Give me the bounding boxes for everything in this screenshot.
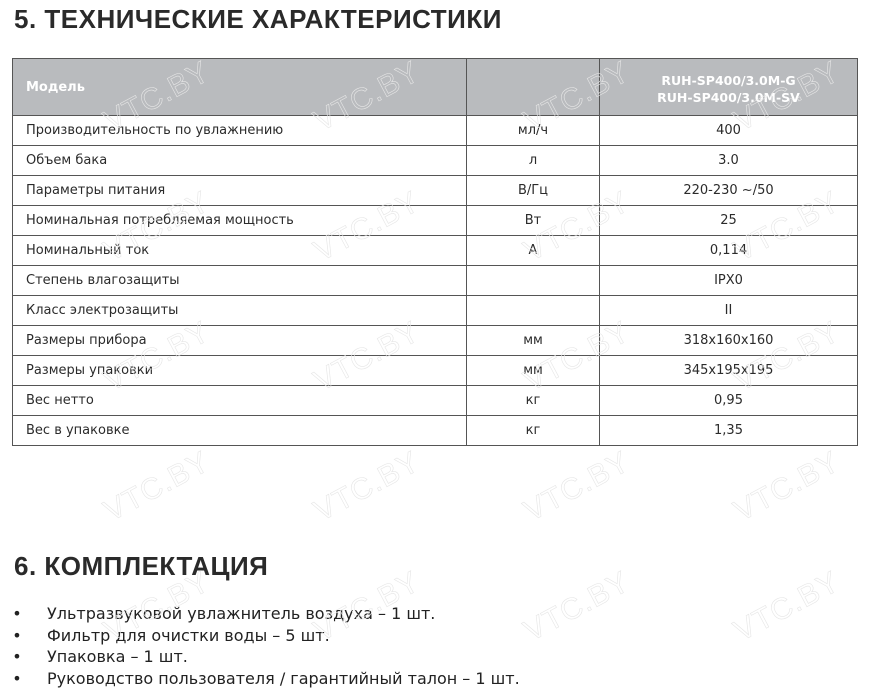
row-value: 318x160x160: [600, 326, 858, 356]
row-param: Производительность по увлажнению: [13, 116, 467, 146]
row-unit: А: [467, 236, 600, 266]
row-param: Степень влагозащиты: [13, 266, 467, 296]
row-param: Размеры упаковки: [13, 356, 467, 386]
row-value: 220-230 ~/50: [600, 176, 858, 206]
model-name-g: RUH-SP400/3.0M-G: [600, 72, 857, 89]
list-item: •Упаковка – 1 шт.: [12, 646, 520, 668]
table-row: Параметры питанияВ/Гц220-230 ~/50: [13, 176, 858, 206]
watermark: VTC.BY: [729, 565, 846, 649]
header-model-label: Модель: [13, 59, 467, 116]
spec-table-body: Производительность по увлажнениюмл/ч400О…: [13, 116, 858, 446]
model-name-sv: RUH-SP400/3.0M-SV: [600, 89, 857, 106]
list-item-text: Ультразвуковой увлажнитель воздуха – 1 ш…: [47, 604, 435, 623]
row-param: Вес в упаковке: [13, 416, 467, 446]
row-unit: В/Гц: [467, 176, 600, 206]
row-value: II: [600, 296, 858, 326]
row-value: 400: [600, 116, 858, 146]
row-unit: мм: [467, 326, 600, 356]
row-param: Номинальная потребляемая мощность: [13, 206, 467, 236]
row-value: 0,95: [600, 386, 858, 416]
list-item: •Ультразвуковой увлажнитель воздуха – 1 …: [12, 603, 520, 625]
table-row: Производительность по увлажнениюмл/ч400: [13, 116, 858, 146]
row-value: 345x195x195: [600, 356, 858, 386]
row-unit: Вт: [467, 206, 600, 236]
row-param: Вес нетто: [13, 386, 467, 416]
list-item-text: Фильтр для очистки воды – 5 шт.: [47, 626, 330, 645]
row-param: Номинальный ток: [13, 236, 467, 266]
row-param: Объем бака: [13, 146, 467, 176]
row-param: Размеры прибора: [13, 326, 467, 356]
specs-section-title: 5. ТЕХНИЧЕСКИЕ ХАРАКТЕРИСТИКИ: [14, 4, 502, 35]
row-unit: [467, 296, 600, 326]
watermark: VTC.BY: [519, 565, 636, 649]
watermark: VTC.BY: [519, 445, 636, 529]
watermark: VTC.BY: [99, 445, 216, 529]
spec-table-header: Модель RUH-SP400/3.0M-G RUH-SP400/3.0M-S…: [13, 59, 858, 116]
row-unit: л: [467, 146, 600, 176]
list-item: •Руководство пользователя / гарантийный …: [12, 668, 520, 690]
bullet-icon: •: [12, 668, 22, 690]
table-row: Вес в упаковкекг1,35: [13, 416, 858, 446]
row-unit: кг: [467, 416, 600, 446]
bullet-icon: •: [12, 646, 22, 668]
list-item: •Фильтр для очистки воды – 5 шт.: [12, 625, 520, 647]
watermark: VTC.BY: [729, 445, 846, 529]
header-unit: [467, 59, 600, 116]
list-item-text: Упаковка – 1 шт.: [47, 647, 188, 666]
table-row: Степень влагозащитыIPX0: [13, 266, 858, 296]
kit-list: •Ультразвуковой увлажнитель воздуха – 1 …: [12, 603, 520, 689]
spec-table: Модель RUH-SP400/3.0M-G RUH-SP400/3.0M-S…: [12, 58, 858, 446]
kit-section-title: 6. КОМПЛЕКТАЦИЯ: [14, 551, 268, 582]
table-row: Вес неттокг0,95: [13, 386, 858, 416]
watermark: VTC.BY: [309, 445, 426, 529]
row-value: 1,35: [600, 416, 858, 446]
table-row: Объем бакал3.0: [13, 146, 858, 176]
row-param: Параметры питания: [13, 176, 467, 206]
bullet-icon: •: [12, 603, 22, 625]
header-model-names: RUH-SP400/3.0M-G RUH-SP400/3.0M-SV: [600, 59, 858, 116]
row-value: 0,114: [600, 236, 858, 266]
table-row: Номинальная потребляемая мощностьВт25: [13, 206, 858, 236]
table-row: Класс электрозащитыII: [13, 296, 858, 326]
row-unit: [467, 266, 600, 296]
row-param: Класс электрозащиты: [13, 296, 467, 326]
table-row: Номинальный токА0,114: [13, 236, 858, 266]
row-value: IPX0: [600, 266, 858, 296]
row-unit: мм: [467, 356, 600, 386]
table-row: Размеры приборамм318x160x160: [13, 326, 858, 356]
table-row: Размеры упаковкимм345x195x195: [13, 356, 858, 386]
row-value: 3.0: [600, 146, 858, 176]
bullet-icon: •: [12, 625, 22, 647]
row-value: 25: [600, 206, 858, 236]
list-item-text: Руководство пользователя / гарантийный т…: [47, 669, 520, 688]
row-unit: мл/ч: [467, 116, 600, 146]
row-unit: кг: [467, 386, 600, 416]
